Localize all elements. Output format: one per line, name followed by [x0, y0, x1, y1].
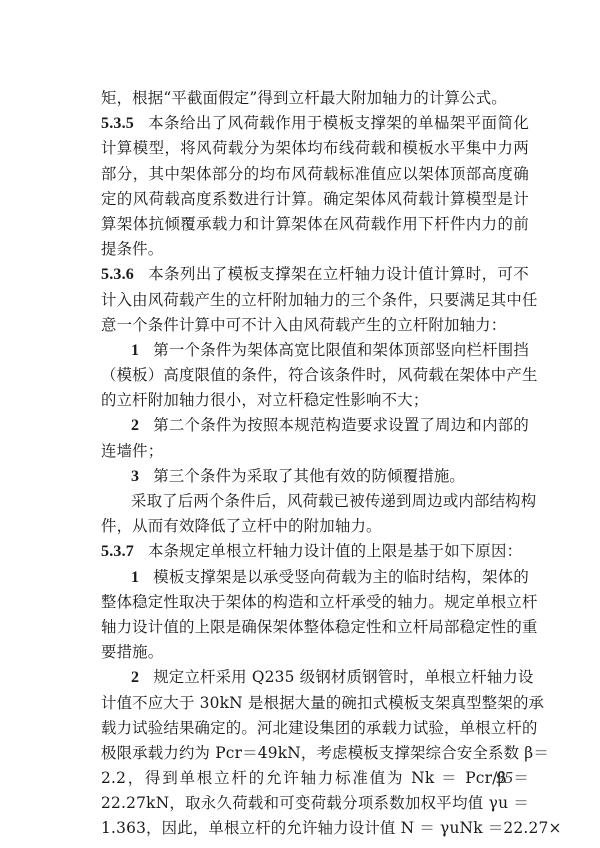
text-line: 要措施。	[101, 640, 529, 665]
text-line: 定的风荷载高度系数进行计算。确定架体风荷载计算模型是计	[101, 187, 529, 212]
text-line: 整体稳定性取决于架体的构造和立杆承受的轴力。规定单根立杆	[101, 590, 529, 615]
text-line: 算架体抗倾覆承载力和计算架体在风荷载作用下杆件内力的前	[101, 212, 529, 237]
document-body: 矩，根据“平截面假定”得到立杆最大附加轴力的计算公式。 5.3.5本条给出了风荷…	[101, 86, 529, 842]
text-line: 计值不应大于 30kN 是根据大量的碗扣式模板支架真型整架的承	[101, 691, 529, 716]
text-line: 计算模型，将风荷载分为架体均布线荷载和模板水平集中力两	[101, 136, 529, 161]
section-5-3-7-heading-line: 5.3.7本条规定单根立杆轴力设计值的上限是基于如下原因：	[101, 539, 529, 564]
list-item-line: 3第三个条件为采取了其他有效的防倾覆措施。	[101, 464, 529, 489]
page-number: 95	[496, 768, 513, 788]
text-line: 意一个条件计算中可不计入由风荷载产生的立杆附加轴力：	[101, 313, 529, 338]
text-line: 矩，根据“平截面假定”得到立杆最大附加轴力的计算公式。	[101, 86, 529, 111]
list-item-line: 2规定立杆采用 Q235 级钢材质钢管时，单根立杆轴力设	[101, 665, 529, 690]
item-number: 1	[131, 569, 139, 586]
text-line: 提条件。	[101, 237, 529, 262]
text-line: 1.363，因此，单根立杆的允许轴力设计值 N ＝ γuNk ＝22.27×	[101, 816, 529, 841]
text-line: 计入由风荷载产生的立杆附加轴力的三个条件，只要满足其中任	[101, 288, 529, 313]
list-item-line: 1模板支撑架是以承受竖向荷载为主的临时结构，架体的	[101, 565, 529, 590]
item-number: 2	[131, 417, 139, 434]
item-number: 1	[131, 342, 139, 359]
section-number: 5.3.6	[101, 266, 134, 283]
text-line: 22.27kN，取永久荷载和可变荷载分项系数加权平均值 γu ＝	[101, 791, 529, 816]
list-item-line: 2第二个条件为按照本规范构造要求设置了周边和内部的	[101, 413, 529, 438]
text-line: 轴力设计值的上限是确保架体整体稳定性和立杆局部稳定性的重	[101, 615, 529, 640]
section-5-3-6-heading-line: 5.3.6本条列出了模板支撑架在立杆轴力设计值计算时，可不	[101, 262, 529, 287]
text-line: 的立杆附加轴力很小，对立杆稳定性影响不大；	[101, 388, 529, 413]
text-line: 载力试验结果确定的。河北建设集团的承载力试验，单根立杆的	[101, 716, 529, 741]
text-line: 件，从而有效降低了立杆中的附加轴力。	[101, 514, 529, 539]
section-number: 5.3.7	[101, 543, 134, 560]
text-line: （模板）高度限值的条件，符合该条件时，风荷载在架体中产生	[101, 363, 529, 388]
section-5-3-5-heading-line: 5.3.5本条给出了风荷载作用于模板支撑架的单榀架平面简化	[101, 111, 529, 136]
text-line: 2.2，得到单根立杆的允许轴力标准值为 Nk ＝ Pcr/β ＝	[101, 766, 529, 791]
list-item-line: 1第一个条件为架体高宽比限值和架体顶部竖向栏杆围挡	[101, 338, 529, 363]
section-number: 5.3.5	[101, 115, 134, 132]
item-number: 2	[131, 669, 139, 686]
text-line: 采取了后两个条件后，风荷载已被传递到周边或内部结构构	[101, 489, 529, 514]
text-line: 部分，其中架体部分的均布风荷载标准值应以架体顶部高度确	[101, 162, 529, 187]
item-number: 3	[131, 468, 139, 485]
text-line: 极限承载力约为 Pcr＝49kN，考虑模板支撑架综合安全系数 β＝	[101, 741, 529, 766]
text-line: 连墙件；	[101, 439, 529, 464]
